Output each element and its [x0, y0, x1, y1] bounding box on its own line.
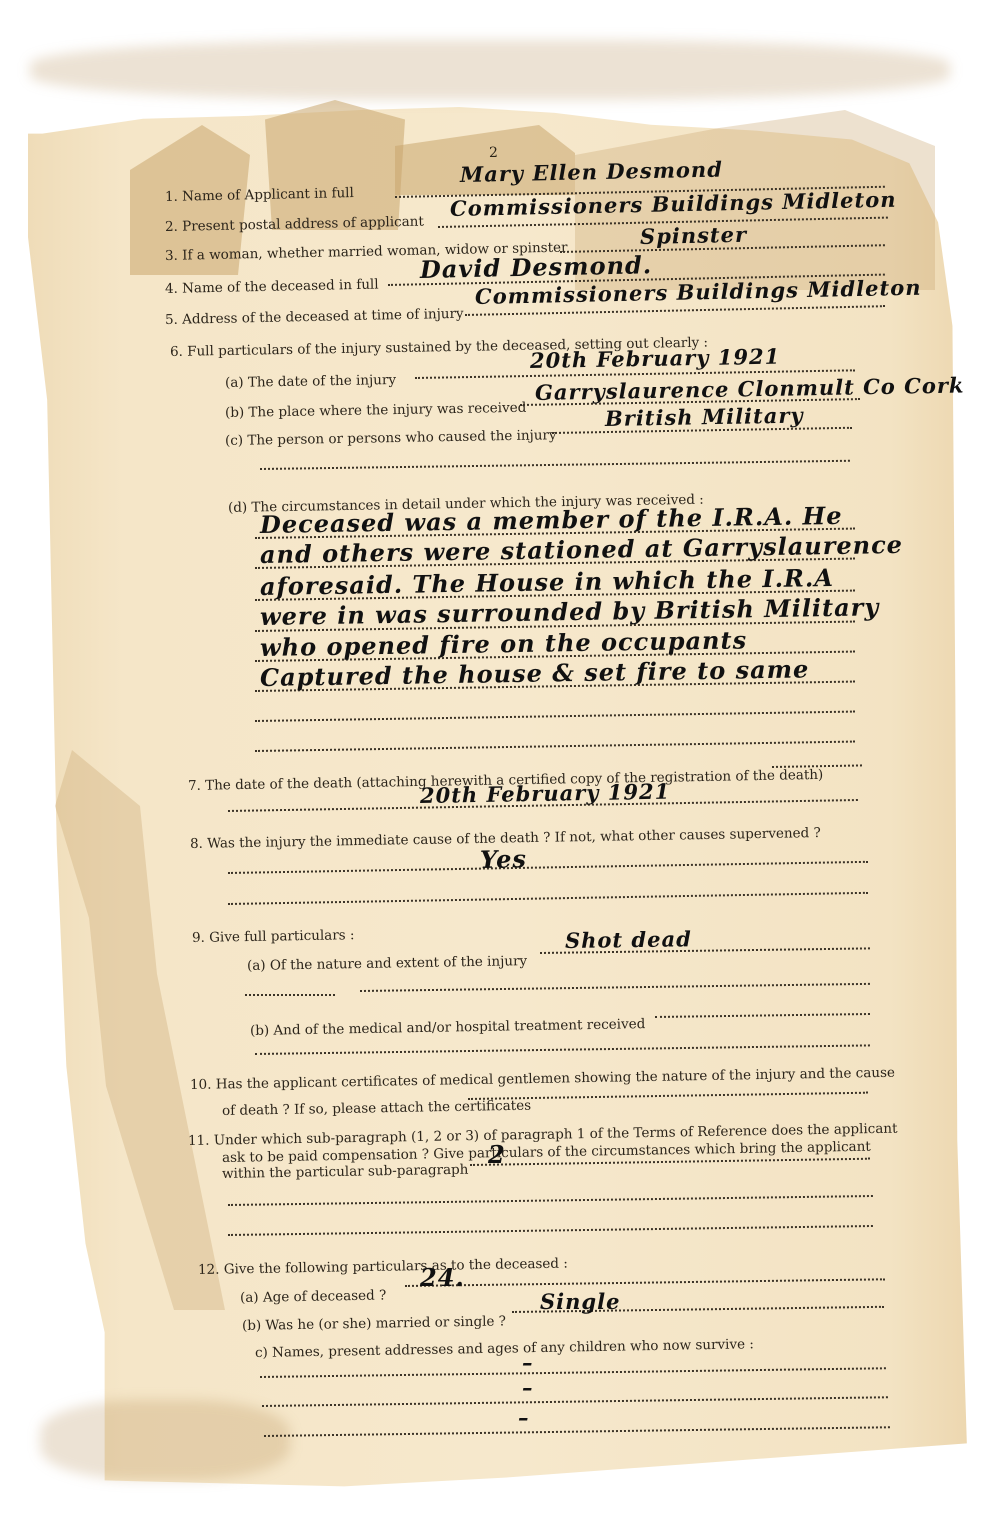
q9a-answer: Shot dead — [565, 926, 692, 953]
q12c-answer: – — [518, 1405, 530, 1430]
q6a-label: (a) The date of the injury — [225, 372, 396, 391]
q12c-answer: – — [522, 1350, 534, 1375]
q11-answer: 2 — [488, 1140, 506, 1169]
q12a-label: (a) Age of deceased ? — [240, 1287, 387, 1306]
q12b-answer: Single — [540, 1289, 620, 1314]
q8-answer: Yes — [480, 844, 527, 874]
q4-answer: David Desmond. — [420, 250, 653, 284]
bottom-stain — [40, 1400, 290, 1480]
q6a-answer: 20th February 1921 — [530, 344, 781, 373]
q12c-answer: – — [522, 1375, 534, 1400]
page-number: 2 — [489, 145, 498, 161]
q9-label: 9. Give full particulars : — [192, 927, 355, 946]
q12a-answer: 24. — [420, 1263, 465, 1292]
q9a-field-line-short — [245, 994, 335, 996]
q6c-answer: British Military — [605, 403, 804, 431]
torn-flap — [265, 100, 405, 230]
q7-answer: 20th February 1921 — [420, 779, 671, 808]
top-edge-stain — [30, 40, 950, 100]
q3-answer: Spinster — [640, 222, 748, 249]
